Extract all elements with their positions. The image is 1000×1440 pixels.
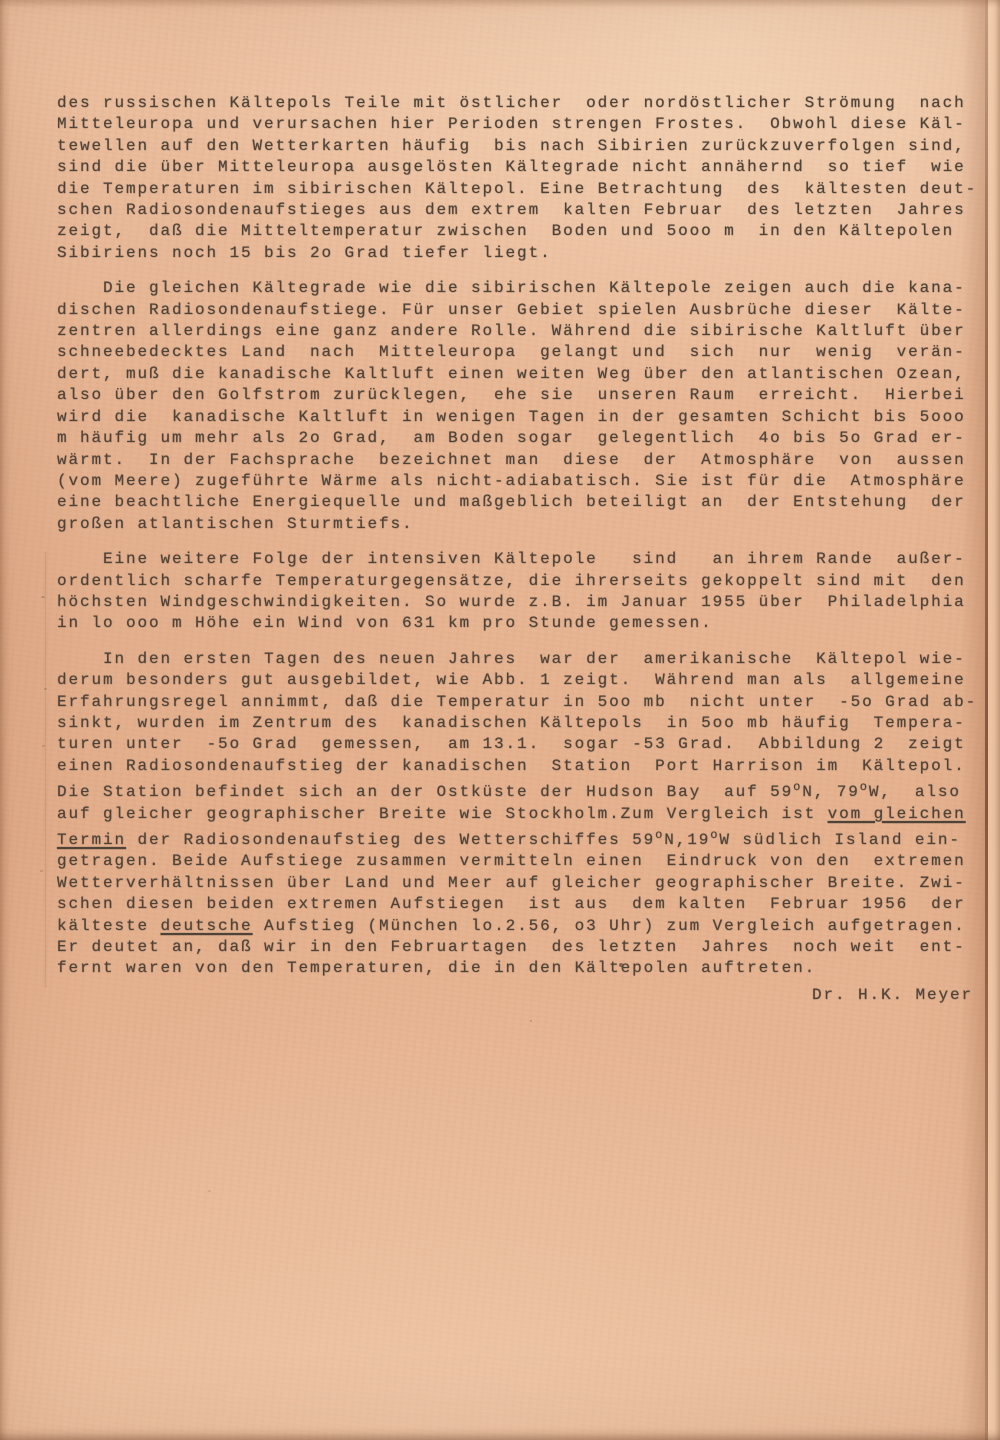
text-line: zeigt, daß die Mitteltemperatur zwischen… [57, 221, 979, 242]
text-line: tewellen auf den Wetterkarten häufig bis… [57, 136, 979, 157]
text-segment: kälteste [57, 917, 161, 935]
text-line: Wetterverhältnissen über Land und Meer a… [57, 873, 979, 894]
text-line: m häufig um mehr als 2o Grad, am Boden s… [57, 428, 979, 449]
text-segment: Sibiriens noch 15 bis 2o Grad tiefer lie… [57, 244, 552, 262]
text-line: getragen. Beide Aufstiege zusammen vermi… [57, 851, 979, 872]
degree-mark: o [793, 780, 802, 794]
text-line: in lo ooo m Höhe ein Wind von 631 km pro… [57, 613, 979, 634]
text-segment: in lo ooo m Höhe ein Wind von 631 km pro… [57, 614, 713, 632]
text-segment: dert, muß die kanadische Kaltluft einen … [57, 365, 966, 383]
signature: Dr. H.K. Meyer [57, 985, 979, 1006]
text-line: sind die über Mitteleuropa ausgelösten K… [57, 157, 979, 178]
ink-speck [40, 870, 43, 872]
text-line: wärmt. In der Fachsprache bezeichnet man… [57, 450, 979, 471]
text-segment: sinkt, wurden im Zentrum des kanadischen… [57, 714, 966, 732]
paragraph: Eine weitere Folge der intensiven Kältep… [57, 549, 979, 635]
text-line: Erfahrungsregel annimmt, daß die Tempera… [57, 692, 979, 713]
paragraph: des russischen Kältepols Teile mit östli… [57, 93, 979, 264]
text-segment: also über den Golfstrom zurücklegen, ehe… [57, 386, 966, 404]
degree-mark: o [710, 828, 719, 842]
text-segment: Die Station befindet sich an der Ostküst… [57, 783, 793, 801]
text-line: des russischen Kältepols Teile mit östli… [57, 93, 979, 114]
text-segment: turen unter -5o Grad gemessen, am 13.1. … [57, 735, 966, 753]
ink-speck [41, 596, 45, 598]
text-line: kälteste deutsche Aufstieg (München lo.2… [57, 916, 979, 937]
text-line: Er deutet an, daß wir in den Februartage… [57, 937, 979, 958]
text-line: Die Station befindet sich an der Ostküst… [57, 777, 979, 803]
paragraph: Die gleichen Kältegrade wie die sibirisc… [57, 278, 979, 535]
text-segment: auf gleicher geographischer Breite wie S… [57, 805, 828, 823]
page-edge-top [0, 0, 1000, 8]
text-segment: einen Radiosondenaufstieg der kanadische… [57, 757, 966, 775]
page-edge-bottom [0, 1428, 1000, 1440]
text-line: dischen Radiosondenaufstiege. Für unser … [57, 300, 979, 321]
text-segment: die Temperaturen im sibirischen Kältepol… [57, 180, 977, 198]
text-line: zentren allerdings eine ganz andere Roll… [57, 321, 979, 342]
ink-speck [530, 1020, 532, 1022]
text-line: sinkt, wurden im Zentrum des kanadischen… [57, 713, 979, 734]
text-segment: sind die über Mitteleuropa ausgelösten K… [57, 158, 966, 176]
text-line: ordentlich scharfe Temperaturgegensätze,… [57, 571, 979, 592]
text-line: also über den Golfstrom zurücklegen, ehe… [57, 385, 979, 406]
text-segment: (vom Meere) zugeführte Wärme als nicht-a… [57, 472, 966, 490]
text-line: Eine weitere Folge der intensiven Kältep… [57, 549, 979, 570]
text-line: höchsten Windgeschwindigkeiten. So wurde… [57, 592, 979, 613]
text-segment: getragen. Beide Aufstiege zusammen vermi… [57, 852, 966, 870]
text-segment: m häufig um mehr als 2o Grad, am Boden s… [57, 429, 966, 447]
text-segment: wärmt. In der Fachsprache bezeichnet man… [57, 451, 966, 469]
text-block: des russischen Kältepols Teile mit östli… [57, 93, 979, 1006]
ink-speck [42, 745, 45, 747]
text-line: schen Radiosondenaufstieges aus dem extr… [57, 200, 979, 221]
text-segment: schneebedecktes Land nach Mitteleuropa g… [57, 343, 966, 361]
text-line: einen Radiosondenaufstieg der kanadische… [57, 756, 979, 777]
ink-speck [44, 688, 47, 690]
text-line: großen atlantischen Sturmtiefs. [57, 514, 979, 535]
text-line: derum besonders gut ausgebildet, wie Abb… [57, 670, 979, 691]
underlined-text: vom gleichen [828, 805, 966, 823]
degree-mark: o [655, 828, 664, 842]
text-segment: N,19 [664, 831, 710, 849]
text-segment: großen atlantischen Sturmtiefs. [57, 515, 414, 533]
text-line: die Temperaturen im sibirischen Kältepol… [57, 179, 979, 200]
underlined-text: deutsche [161, 917, 253, 935]
text-segment: ordentlich scharfe Temperaturgegensätze,… [57, 572, 966, 590]
text-line: (vom Meere) zugeführte Wärme als nicht-a… [57, 471, 979, 492]
text-segment: dischen Radiosondenaufstiege. Für unser … [57, 301, 966, 319]
underlined-text: Termin [57, 831, 126, 849]
text-line: fernt waren von den Temperaturen, die in… [57, 958, 979, 979]
text-segment: derum besonders gut ausgebildet, wie Abb… [57, 671, 966, 689]
degree-mark: o [860, 780, 869, 794]
text-segment: wird die kanadische Kaltluft in wenigen … [57, 408, 966, 426]
scanned-page: des russischen Kältepols Teile mit östli… [0, 0, 1000, 1440]
text-line: In den ersten Tagen des neuen Jahres war… [57, 649, 979, 670]
text-line: schen diesen beiden extremen Aufstiegen … [57, 894, 979, 915]
text-segment: N, 79 [802, 783, 860, 801]
text-segment: W, also [869, 783, 961, 801]
page-fold-shadow [961, 0, 985, 1440]
paragraph: In den ersten Tagen des neuen Jahres war… [57, 649, 979, 980]
paragraphs: des russischen Kältepols Teile mit östli… [57, 93, 979, 980]
text-segment: höchsten Windgeschwindigkeiten. So wurde… [57, 593, 966, 611]
text-line: wird die kanadische Kaltluft in wenigen … [57, 407, 979, 428]
ink-speck [619, 963, 623, 967]
page-edge-left [0, 0, 10, 1440]
paper-crease [45, 552, 46, 988]
text-segment: des russischen Kältepols Teile mit östli… [57, 94, 966, 112]
ink-speck [208, 1190, 211, 1192]
text-line: turen unter -5o Grad gemessen, am 13.1. … [57, 734, 979, 755]
text-segment: fernt waren von den Temperaturen, die in… [57, 959, 816, 977]
text-segment: Erfahrungsregel annimmt, daß die Tempera… [57, 693, 977, 711]
text-line: Mitteleuropa und verursachen hier Period… [57, 114, 979, 135]
text-line: schneebedecktes Land nach Mitteleuropa g… [57, 342, 979, 363]
text-segment: Aufstieg (München lo.2.56, o3 Uhr) zum V… [253, 917, 966, 935]
text-line: Termin der Radiosondenaufstieg des Wette… [57, 825, 979, 851]
text-segment: schen diesen beiden extremen Aufstiegen … [57, 895, 966, 913]
text-segment: eine beachtliche Energiequelle und maßge… [57, 493, 966, 511]
text-line: dert, muß die kanadische Kaltluft einen … [57, 364, 979, 385]
text-segment: zeigt, daß die Mitteltemperatur zwischen… [57, 222, 954, 240]
text-segment: Mitteleuropa und verursachen hier Period… [57, 115, 966, 133]
text-line: eine beachtliche Energiequelle und maßge… [57, 492, 979, 513]
text-segment: Eine weitere Folge der intensiven Kältep… [57, 550, 966, 568]
text-segment: Wetterverhältnissen über Land und Meer a… [57, 874, 966, 892]
text-segment: W südlich Island ein- [719, 831, 961, 849]
text-line: auf gleicher geographischer Breite wie S… [57, 804, 979, 825]
text-segment: In den ersten Tagen des neuen Jahres war… [57, 650, 966, 668]
text-line: Die gleichen Kältegrade wie die sibirisc… [57, 278, 979, 299]
text-segment: Er deutet an, daß wir in den Februartage… [57, 938, 966, 956]
text-segment: Die gleichen Kältegrade wie die sibirisc… [57, 279, 966, 297]
text-line: Sibiriens noch 15 bis 2o Grad tiefer lie… [57, 243, 979, 264]
text-segment: der Radiosondenaufstieg des Wetterschiff… [126, 831, 655, 849]
text-segment: schen Radiosondenaufstieges aus dem extr… [57, 201, 966, 219]
next-page-edge [988, 0, 1000, 1440]
text-segment: zentren allerdings eine ganz andere Roll… [57, 322, 966, 340]
text-segment: tewellen auf den Wetterkarten häufig bis… [57, 137, 966, 155]
